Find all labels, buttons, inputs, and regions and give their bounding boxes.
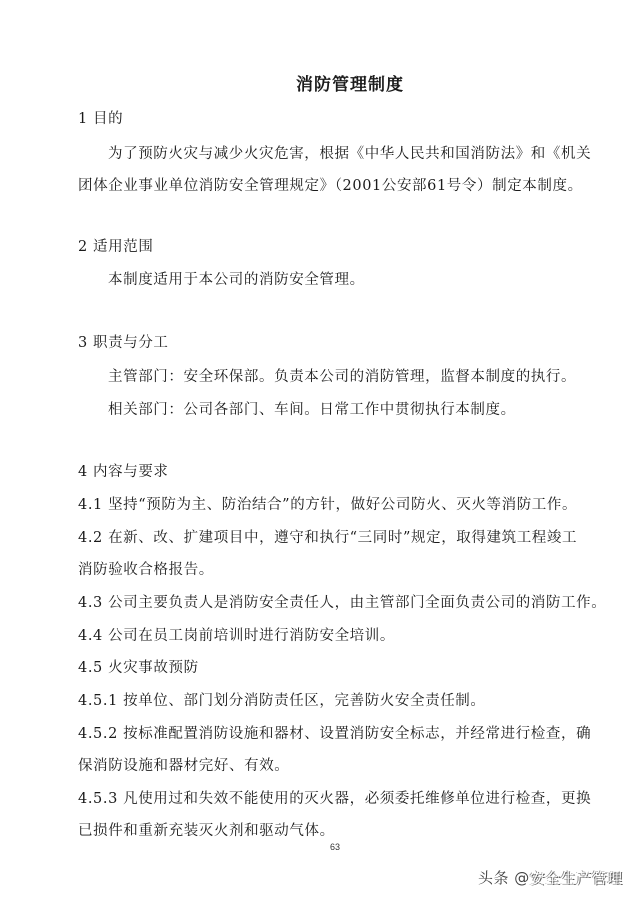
document-line: 3 职责与分工	[78, 331, 169, 352]
watermark: 头条 @安全生产管理	[478, 867, 623, 888]
document-line: 团体企业事业单位消防安全管理规定》（2001公安部61号令）制定本制度。	[78, 174, 583, 195]
watermark-account-name: 安全生产管理	[530, 869, 623, 887]
document-page: 消防管理制度 1 目的为了预防火灾与减少火灾危害，根据《中华人民共和国消防法》和…	[0, 0, 640, 906]
document-line: 4 内容与要求	[78, 460, 169, 481]
document-line: 本制度适用于本公司的消防安全管理。	[108, 268, 365, 289]
document-line: 已损件和重新充装灭火剂和驱动气体。	[78, 819, 335, 840]
document-line: 4.5 火灾事故预防	[78, 656, 199, 677]
document-line: 主管部门：安全环保部。负责本公司的消防管理，监督本制度的执行。	[108, 365, 576, 386]
document-line: 4.5.1 按单位、部门划分消防责任区，完善防火安全责任制。	[78, 689, 486, 710]
watermark-prefix: 头条 @	[478, 869, 530, 887]
document-line: 4.2 在新、改、扩建项目中，遵守和执行“三同时”规定，取得建筑工程竣工	[78, 526, 577, 547]
page-number: 63	[330, 842, 340, 852]
document-line: 2 适用范围	[78, 235, 153, 256]
document-line: 4.4 公司在员工岗前培训时进行消防安全培训。	[78, 624, 395, 645]
document-line: 相关部门：公司各部门、车间。日常工作中贯彻执行本制度。	[108, 398, 516, 419]
document-line: 1 目的	[78, 107, 123, 128]
document-line: 4.5.2 按标准配置消防设施和器材、设置消防安全标志，并经常进行检查，确	[78, 722, 591, 743]
document-line: 4.5.3 凡使用过和失效不能使用的灭火器，必须委托维修单位进行检查，更换	[78, 787, 591, 808]
document-line: 保消防设施和器材完好、有效。	[78, 754, 289, 775]
document-line: 4.3 公司主要负责人是消防安全责任人，由主管部门全面负责公司的消防工作。	[78, 591, 606, 612]
document-line: 4.1 坚持“预防为主、防治结合”的方针，做好公司防火、灭火等消防工作。	[78, 493, 577, 514]
document-line: 消防验收合格报告。	[78, 558, 214, 579]
document-title: 消防管理制度	[0, 70, 640, 95]
document-line: 为了预防火灾与减少火灾危害，根据《中华人民共和国消防法》和《机关	[108, 142, 591, 163]
